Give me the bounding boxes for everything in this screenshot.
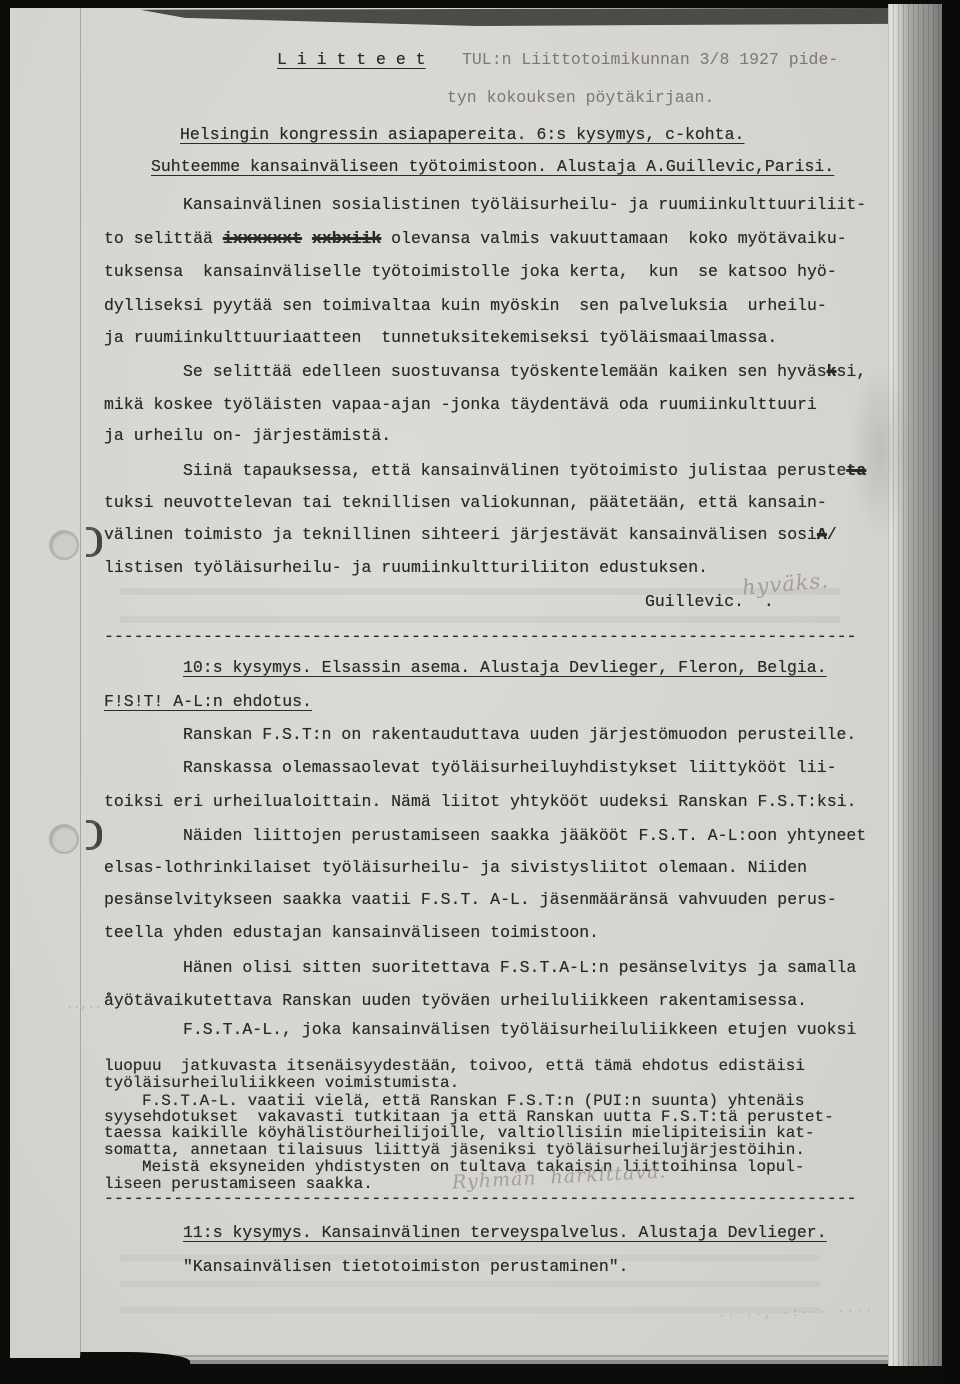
section-heading: 11:s kysymys. Kansainvälinen terveyspalv…: [183, 1225, 827, 1242]
margin-pencil-marks: ..,..: [66, 998, 102, 1012]
dashed-divider: ----------------------------------------…: [104, 1191, 857, 1208]
doc-line: välinen toimisto ja teknillinen sihteeri…: [104, 527, 837, 544]
doc-line: ja ruumiinkulttuuriaatteen tunnetuksitek…: [104, 330, 777, 347]
struck-text: k: [827, 362, 837, 381]
section-heading: 10:s kysymys. Elsassin asema. Alustaja D…: [183, 660, 827, 677]
doc-text: olevansa valmis vakuuttamaan koko myötäv…: [381, 229, 846, 248]
doc-line: dylliseksi pyytää sen toimivaltaa kuin m…: [104, 298, 827, 315]
struck-text: A: [817, 525, 827, 544]
doc-line: listisen työläisurheilu- ja ruumiinkultt…: [104, 560, 708, 577]
struck-text: xxbxiik: [312, 229, 381, 248]
doc-text: si,: [837, 362, 867, 381]
doc-line: mikä koskee työläisten vapaa-ajan -jonka…: [104, 397, 817, 414]
doc-line: teella yhden edustajan kansainväliseen t…: [104, 925, 599, 942]
doc-line: somatta, annetaan tilaisuus liittyä jäse…: [104, 1142, 805, 1158]
doc-line: syysehdotukset vakavasti tutkitaan ja et…: [104, 1109, 834, 1125]
dashed-divider: ----------------------------------------…: [104, 629, 857, 646]
reference-line: tyn kokouksen pöytäkirjaan.: [447, 90, 714, 107]
document-subtitle: Suhteemme kansainväliseen työtoimistoon.…: [151, 159, 834, 176]
doc-line: elsas-lothrinkilaiset työläisurheilu- ja…: [104, 860, 807, 877]
doc-line: pesänselvitykseen saakka vaatii F.S.T. A…: [104, 892, 837, 909]
doc-line: Ranskassa olemassaolevat työläisurheiluy…: [183, 760, 837, 777]
doc-line: työläisurheiluliikkeen voimistumista.: [104, 1075, 459, 1091]
punch-hole-bottom: [49, 824, 79, 854]
doc-line: Hänen olisi sitten suoritettava F.S.T.A-…: [183, 960, 856, 977]
struck-text: ta: [846, 461, 866, 480]
book-page-stack-bottom: [88, 1352, 888, 1364]
doc-line: Ranskan F.S.T:n on rakentauduttava uuden…: [183, 727, 856, 744]
reference-line: TUL:n Liittotoimikunnan 3/8 1927 pide-: [462, 52, 838, 69]
document-title: Helsingin kongressin asiapapereita. 6:s …: [180, 127, 744, 144]
section-subheading: F!S!T! A-L:n ehdotus.: [104, 694, 312, 711]
doc-line: Näiden liittojen perustamiseen saakka jä…: [183, 828, 866, 845]
background-right: [942, 0, 960, 1384]
book-page-stack-right: [888, 4, 942, 1366]
doc-line: F.S.T.A-L. vaatii vielä, että Ranskan F.…: [142, 1093, 805, 1109]
struck-text: ixxxxxxt: [223, 229, 302, 248]
doc-line: F.S.T.A-L., joka kansainvälisen työläisu…: [183, 1022, 856, 1039]
doc-line: taessa kaikille köyhälistöurheilijoille,…: [104, 1125, 815, 1141]
doc-text: /: [827, 525, 837, 544]
doc-line: Se selittää edelleen suostuvansa työsken…: [183, 364, 866, 381]
doc-line: Siinä tapauksessa, että kansainvälinen t…: [183, 463, 866, 480]
doc-line: Kansainvälinen sosialistinen työläisurhe…: [183, 197, 866, 214]
doc-line: tuksi neuvottelevan tai teknillisen vali…: [104, 495, 827, 512]
doc-text: Se selittää edelleen suostuvansa työsken…: [183, 362, 827, 381]
doc-text: välinen toimisto ja teknillinen sihteeri…: [104, 525, 817, 544]
doc-line: to selittää ixxxxxxt xxbxiik olevansa va…: [104, 231, 847, 248]
doc-line: luopuu jatkuvasta itsenäisyydestään, toi…: [104, 1058, 805, 1074]
doc-line: tuksensa kansainväliselle työtoimistolle…: [104, 264, 837, 281]
doc-text: Siinä tapauksessa, että kansainvälinen t…: [183, 461, 846, 480]
attachment-label: L i i t t e e t: [277, 52, 426, 69]
doc-line: "Kansainvälisen tietotoimiston perustami…: [183, 1259, 629, 1276]
scanned-document-page: L i i t t e e t TUL:n Liittotoimikunnan …: [0, 0, 960, 1384]
doc-text: [302, 229, 312, 248]
doc-line: ja urheilu on- järjestämistä.: [104, 428, 391, 445]
doc-line: åyötävaikutettava Ranskan uuden työväen …: [104, 993, 807, 1010]
doc-line: toiksi eri urheilualoittain. Nämä liitot…: [104, 794, 857, 811]
page-fold-line: [80, 8, 81, 1356]
doc-text: to selittää: [104, 229, 223, 248]
shadow-bottom-left: [80, 1352, 190, 1368]
punch-hole-top: [49, 530, 79, 560]
